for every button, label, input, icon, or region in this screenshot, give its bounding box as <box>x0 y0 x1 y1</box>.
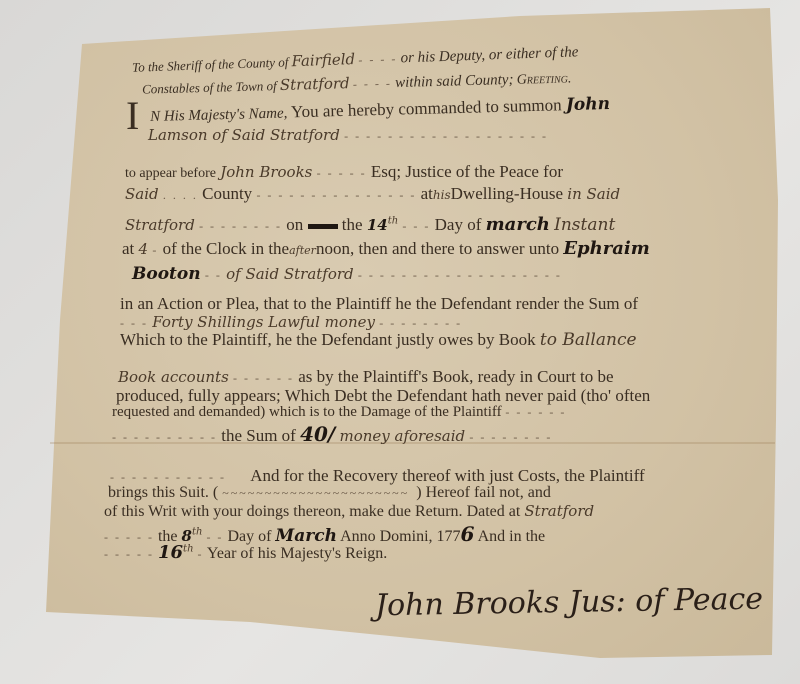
body-line-18: brings this Suit. ( ~~~~~~~~~~~~~~~~~~~~… <box>108 484 551 502</box>
clock-text: of the Clock in the <box>163 239 290 258</box>
dash-fill: - - - - - - <box>233 371 294 385</box>
appearance-hour: 4 <box>139 240 149 258</box>
dash-fill: - <box>152 243 158 257</box>
fail-not-text: ) Hereof fail not, and <box>416 484 551 501</box>
county-handwritten: Fairfield <box>291 50 355 70</box>
body-line-3: I <box>126 96 139 136</box>
body-line-11: - - - Forty Shillings Lawful money - - -… <box>120 312 462 332</box>
dash-fill: . . . . <box>163 188 198 202</box>
dated-place-handwritten: Stratford <box>524 502 594 520</box>
sum-of-text: the Sum of <box>221 426 296 445</box>
dash-fill: - - - - - <box>104 547 154 561</box>
justice-signature: John Brooks Jus: of Peace <box>375 582 764 624</box>
body-line-7: Stratford - - - - - - - - on the 14th - … <box>125 214 615 235</box>
plaintiffs-book-text: as by the Plaintiff's Book, ready in Cou… <box>298 367 613 386</box>
dash-fill: - - - - - - - - - - - <box>110 470 226 484</box>
plaintiff-first-name: Ephraim <box>563 238 649 259</box>
body-line-13: Book accounts - - - - - - as by the Plai… <box>118 367 614 387</box>
greeting-text: Greeting. <box>517 71 572 87</box>
damage-words-handwritten: money aforesaid <box>339 427 465 445</box>
defendant-residence: Lamson of Said Stratford <box>148 126 340 144</box>
defendant-first-name: John <box>566 94 611 115</box>
dash-fill: - - - - - - - - - - <box>112 430 217 444</box>
dated-day-suffix: th <box>192 527 202 538</box>
body-line-9: Booton - - of Said Stratford - - - - - -… <box>132 264 562 284</box>
drop-cap: I <box>126 93 139 138</box>
body-line-5: to appear before John Brooks - - - - - E… <box>125 162 563 182</box>
reign-year: 16 <box>158 542 183 563</box>
dated-at-text: Dated at <box>467 503 521 520</box>
body-line-6: Said . . . . County - - - - - - - - - - … <box>125 184 620 204</box>
dash-fill: - - - - <box>358 52 397 67</box>
body-line-15: requested and demanded) which is to the … <box>112 404 566 421</box>
dash-fill: - - - <box>402 219 430 233</box>
body-line-16: - - - - - - - - - - the Sum of 40/ money… <box>112 422 552 446</box>
majesty-name-text: N His Majesty's Name, <box>150 105 288 125</box>
day-of-text: Day of <box>435 215 482 234</box>
plaintiff-residence: of Said Stratford <box>226 265 354 283</box>
on-text: on <box>286 215 303 234</box>
year-last-digit: 6 <box>461 522 475 546</box>
justice-title-text: Esq; Justice of the Peace for <box>371 162 563 181</box>
town-handwritten: Stratford <box>280 74 350 94</box>
book-accounts-handwritten: Book accounts <box>118 368 229 386</box>
majesty-reign-text: Year of his Majesty's Reign. <box>207 545 387 562</box>
dash-fill: - - - - - - - - - - - - - - - - - - - <box>344 129 548 143</box>
body-line-4: Lamson of Said Stratford - - - - - - - -… <box>148 125 548 145</box>
dash-fill: - - - - - - - - <box>199 219 282 233</box>
appear-before-text: to appear before <box>125 166 216 181</box>
reign-year-suffix: th <box>183 544 193 555</box>
brings-suit-text: brings this Suit. ( <box>108 484 218 501</box>
dash-fill: - - - - - - <box>505 405 566 419</box>
dash-fill: - - - - - - - - - - - - - - - <box>256 188 416 202</box>
place-handwritten: Stratford <box>125 216 195 234</box>
owes-by-book-text: Which to the Plaintiff, he the Defendant… <box>120 330 536 349</box>
dash-fill: - - - - - - - - - - - - - - - - - - - <box>358 268 562 282</box>
dwelling-house-text: Dwelling-House <box>451 184 563 203</box>
said-handwritten: Said <box>125 185 159 203</box>
dash-fill: - - <box>205 268 222 282</box>
damage-amount: 40/ <box>300 422 335 446</box>
return-text: of this Writ with your doings thereon, m… <box>104 503 463 520</box>
within-county-text: within said County; <box>395 72 514 91</box>
damage-text: requested and demanded) which is to the … <box>112 404 502 420</box>
county-text: County <box>202 184 252 203</box>
plaintiff-surname: Booton <box>132 264 201 284</box>
body-line-10: in an Action or Plea, that to the Plaint… <box>120 294 638 314</box>
body-line-12: Which to the Plaintiff, he the Defendant… <box>120 330 637 350</box>
sheriff-text: To the Sheriff of the County of <box>132 54 289 74</box>
meridiem-handwritten: after <box>289 244 316 257</box>
dash-fill: - - - <box>120 316 148 330</box>
dash-fill: - - - - - <box>317 166 367 180</box>
the-text: the <box>342 215 363 234</box>
day-suffix: th <box>388 215 398 226</box>
appearance-day: 14 <box>367 216 388 234</box>
ballance-handwritten: to Ballance <box>540 330 637 350</box>
action-plea-text: in an Action or Plea, that to the Plaint… <box>120 294 638 313</box>
answer-unto-text: noon, then and there to answer unto <box>316 239 559 258</box>
dash-fill: - <box>198 547 204 561</box>
sum-handwritten: Forty Shillings Lawful money <box>152 313 375 331</box>
and-in-the-text: And in the <box>478 528 546 545</box>
constables-text: Constables of the Town of <box>142 78 277 97</box>
body-line-21: - - - - - 16th - Year of his Majesty's R… <box>104 542 387 563</box>
appearance-month: march <box>486 214 550 235</box>
body-line-17: - - - - - - - - - - - And for the Recove… <box>110 466 645 486</box>
struck-out-word <box>308 224 338 229</box>
at-text: at <box>421 184 433 203</box>
dash-fill: - - - - - - - - <box>469 430 552 444</box>
instant-handwritten: Instant <box>554 215 615 235</box>
dash-fill: - - - - <box>353 76 392 91</box>
his-handwritten: his <box>433 188 451 202</box>
body-line-14: produced, fully appears; Which Debt the … <box>116 386 650 406</box>
body-line-19: of this Writ with your doings thereon, m… <box>104 502 594 521</box>
dash-fill: - - - - - - - - <box>379 316 462 330</box>
justice-name-handwritten: John Brooks <box>220 163 312 181</box>
recovery-text: And for the Recovery thereof with just C… <box>250 466 644 485</box>
at-text: at <box>122 239 134 258</box>
in-said-handwritten: in Said <box>567 185 620 203</box>
body-line-8: at 4 - of the Clock in theafternoon, the… <box>122 238 650 259</box>
debt-never-paid-text: produced, fully appears; Which Debt the … <box>116 386 650 405</box>
dash-fill: ~~~~~~~~~~~~~~~~~~~~~~ <box>222 486 412 501</box>
